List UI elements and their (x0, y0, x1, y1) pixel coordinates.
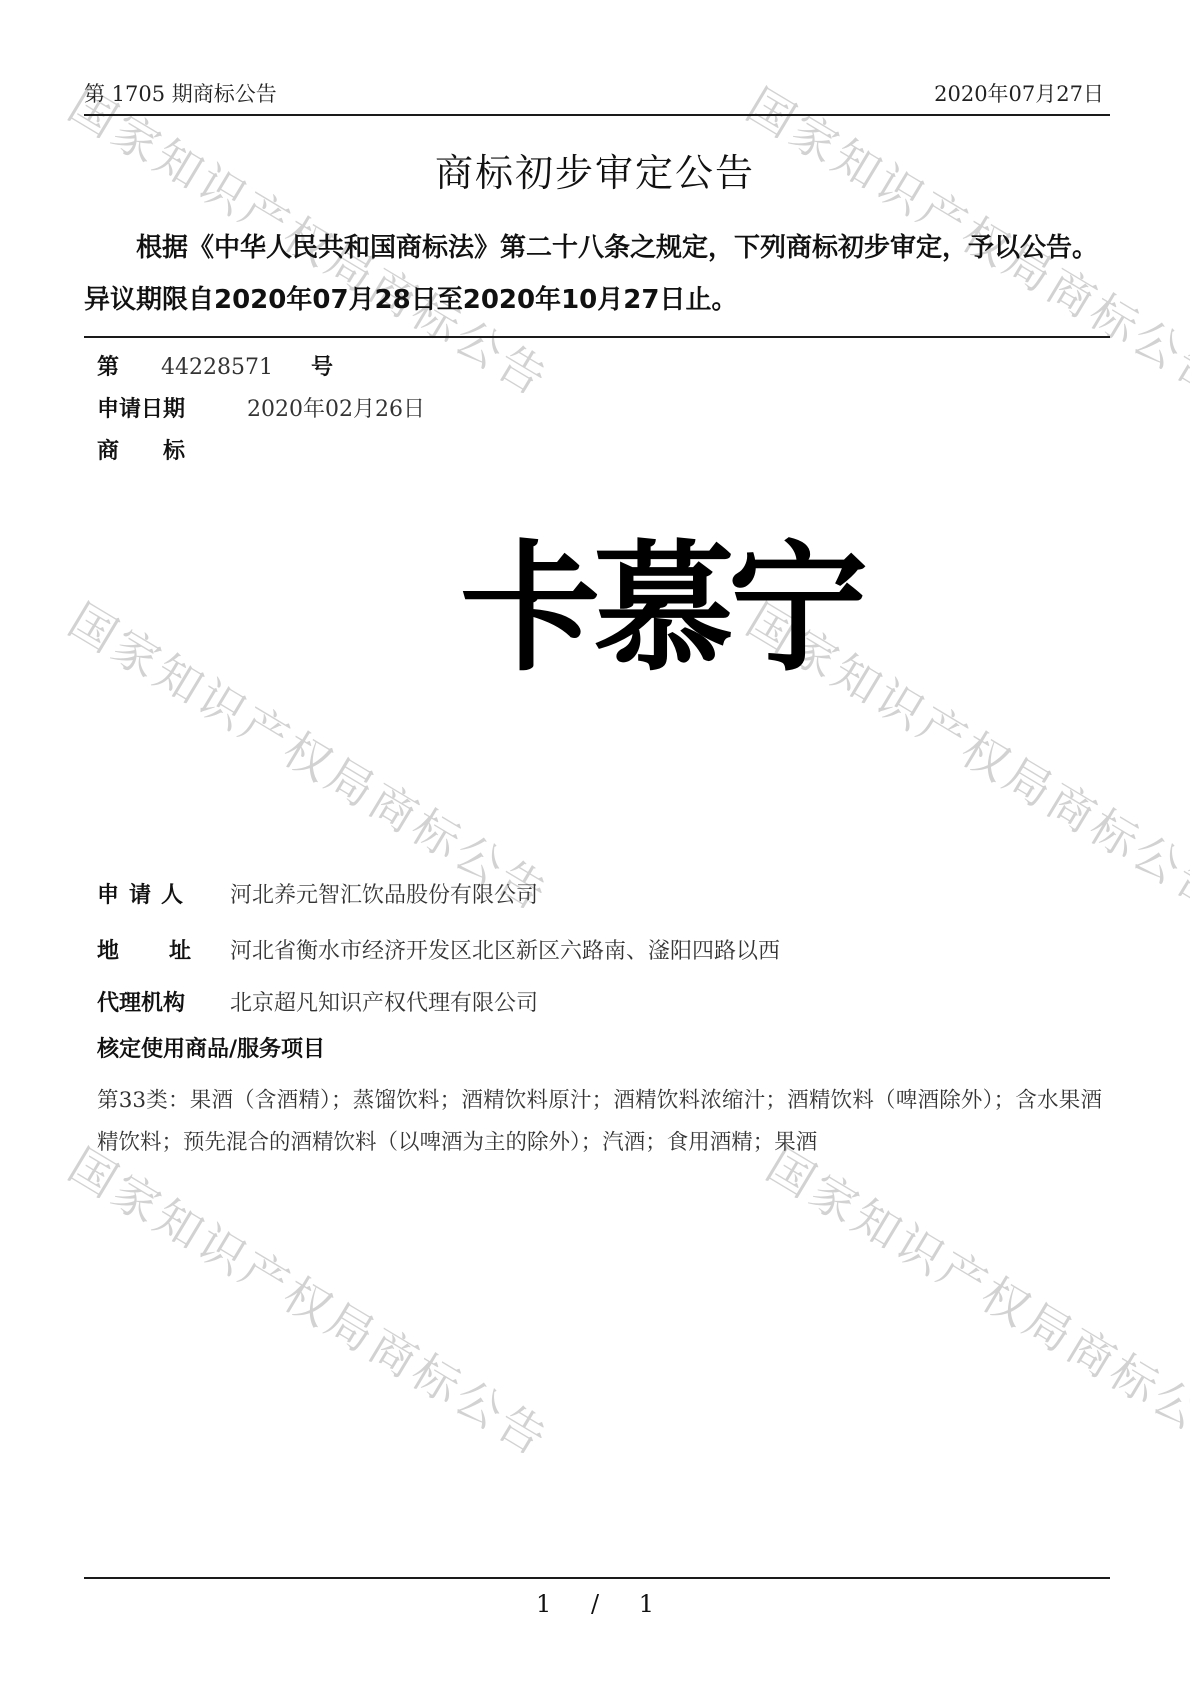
application-date-value: 2020年02月26日 (247, 392, 425, 423)
trademark-label: 商标 (97, 434, 229, 465)
page-current: 1 (536, 1590, 551, 1618)
document-page: 国家知识产权局商标公告 国家知识产权局商标公告 国家知识产权局商标公告 国家知识… (0, 0, 1190, 1684)
agent-value: 北京超凡知识产权代理有限公司 (230, 986, 538, 1017)
footer-divider (84, 1577, 1110, 1579)
section-divider (84, 336, 1110, 338)
address-value: 河北省衡水市经济开发区北区新区六路南、滏阳四路以西 (230, 934, 780, 965)
header-divider (84, 114, 1110, 116)
address-row: 地址 河北省衡水市经济开发区北区新区六路南、滏阳四路以西 (97, 934, 241, 965)
page-total: 1 (639, 1590, 654, 1618)
trademark-image: 卡慕宁 (460, 540, 862, 680)
announcement-intro: 根据《中华人民共和国商标法》第二十八条之规定，下列商标初步审定，予以公告。异议期… (84, 222, 1114, 326)
trademark-label-row: 商标 (97, 434, 229, 465)
application-date-row: 申请日期 2020年02月26日 (97, 392, 425, 423)
agent-row: 代理机构 北京超凡知识产权代理有限公司 (97, 986, 185, 1017)
application-date-label: 申请日期 (97, 392, 185, 423)
address-label: 地址 (97, 934, 241, 965)
page-separator: / (591, 1590, 599, 1618)
goods-services-label: 核定使用商品/服务项目 (97, 1032, 325, 1063)
agent-label: 代理机构 (97, 986, 185, 1017)
applicant-value: 河北养元智汇饮品股份有限公司 (230, 878, 538, 909)
watermark: 国家知识产权局商标公告 (756, 1130, 1190, 1470)
registration-number-row: 第 44228571 号 (97, 350, 333, 381)
issue-date: 2020年07月27日 (934, 78, 1104, 108)
registration-number: 44228571 (161, 355, 273, 380)
reg-prefix: 第 (97, 350, 119, 381)
page-title: 商标初步审定公告 (0, 142, 1190, 197)
page-indicator: 1 / 1 (0, 1590, 1190, 1618)
goods-services-value: 第33类：果酒（含酒精）；蒸馏饮料；酒精饮料原汁；酒精饮料浓缩汁；酒精饮料（啤酒… (97, 1080, 1102, 1164)
applicant-row: 申请人 河北养元智汇饮品股份有限公司 (97, 878, 193, 909)
watermark: 国家知识产权局商标公告 (58, 1130, 563, 1470)
reg-suffix: 号 (311, 350, 333, 381)
applicant-label: 申请人 (97, 878, 193, 909)
issue-number: 第 1705 期商标公告 (84, 78, 277, 108)
